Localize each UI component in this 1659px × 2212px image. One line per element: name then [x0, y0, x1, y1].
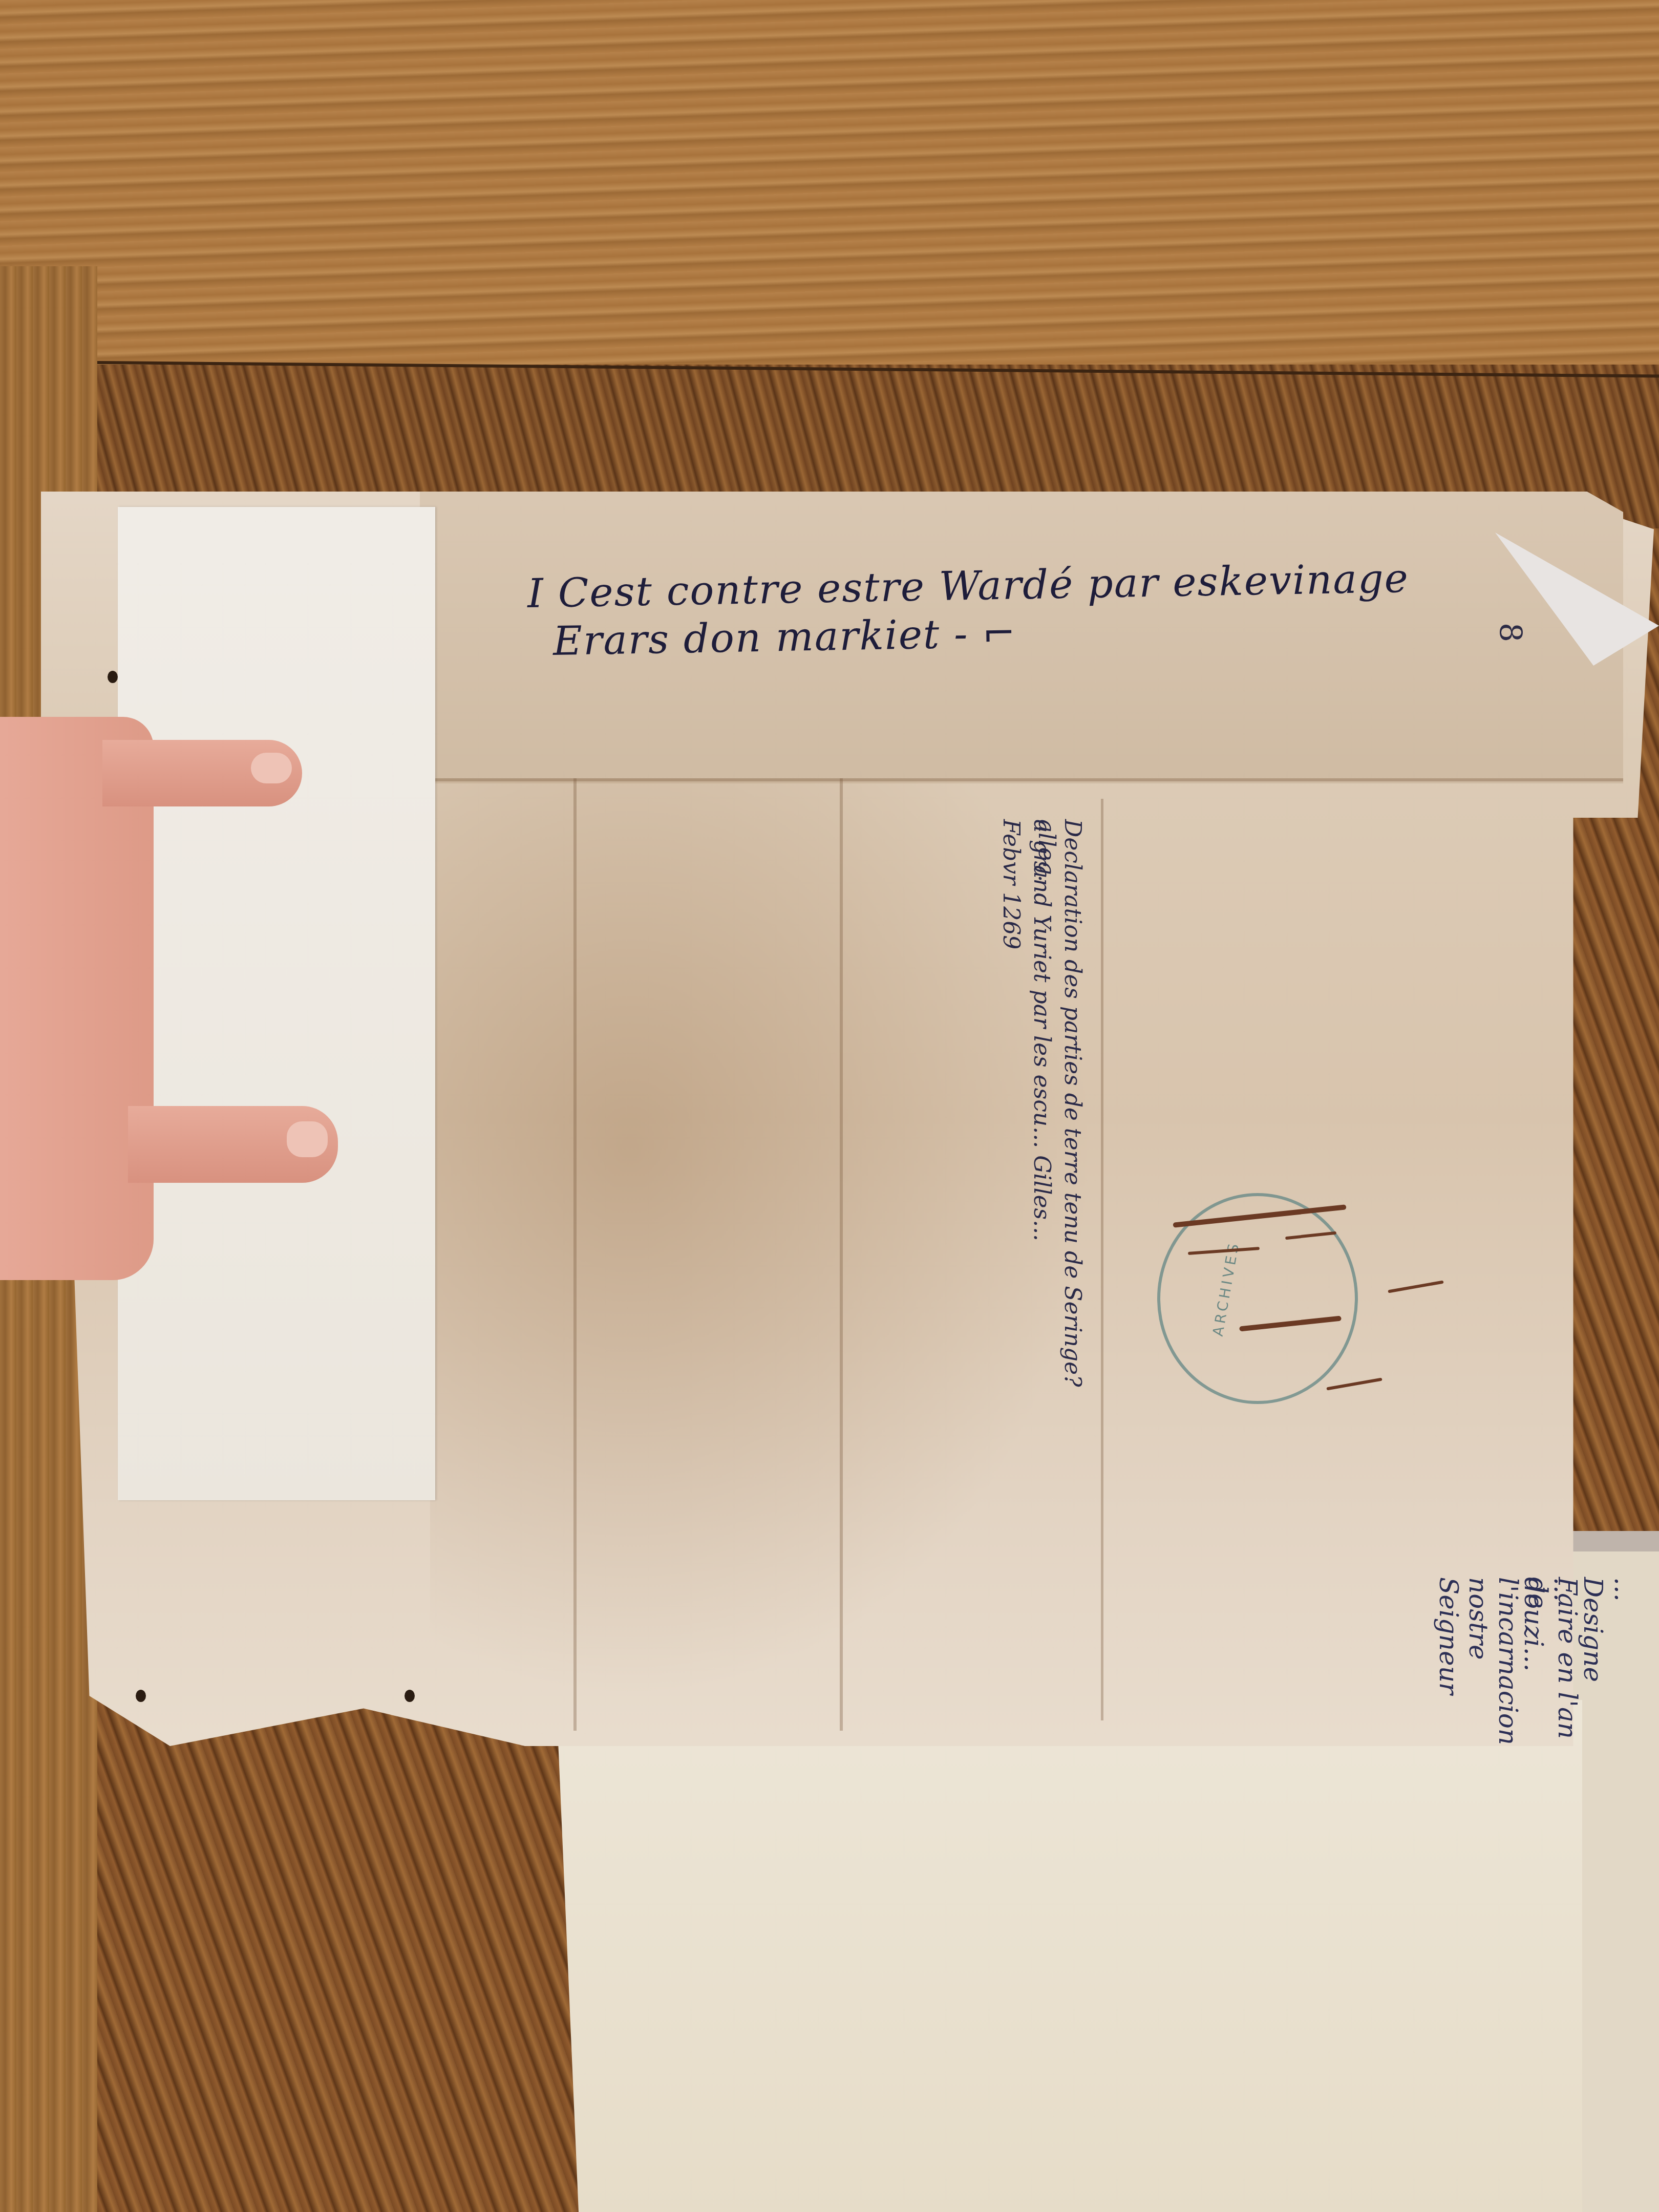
- lower-doc-line-1: ...: [1609, 1577, 1639, 1602]
- fold-line: [573, 778, 577, 1731]
- fingernail: [287, 1121, 328, 1157]
- wood-table-top: [0, 0, 1659, 389]
- dorsal-note-line-2: Erars don markiet ‑ ⌐: [552, 610, 1017, 665]
- stitch-hole: [136, 1690, 146, 1702]
- archival-note-line-3: Febvr 1269: [998, 819, 1024, 949]
- stitch-hole: [405, 1690, 415, 1702]
- lower-blank-sheet: [558, 1700, 1582, 2212]
- index-finger: [102, 740, 302, 806]
- stitch-hole: [108, 671, 118, 683]
- archival-note-line-2: a grand Yuriet par les escu... Gilles...: [1029, 819, 1055, 1241]
- folio-number: 8: [1492, 623, 1528, 642]
- fold-line: [1101, 799, 1103, 1720]
- lower-doc-line-3: Faire en l'an de l'incarnacion nostre Se…: [1434, 1577, 1582, 1745]
- middle-finger: [128, 1106, 338, 1183]
- fold-line-horizontal: [420, 778, 1623, 781]
- parchment-stain: [430, 778, 1096, 1700]
- fold-line: [840, 778, 843, 1731]
- paper-repair-strip: [118, 507, 435, 1500]
- fingernail: [251, 753, 292, 783]
